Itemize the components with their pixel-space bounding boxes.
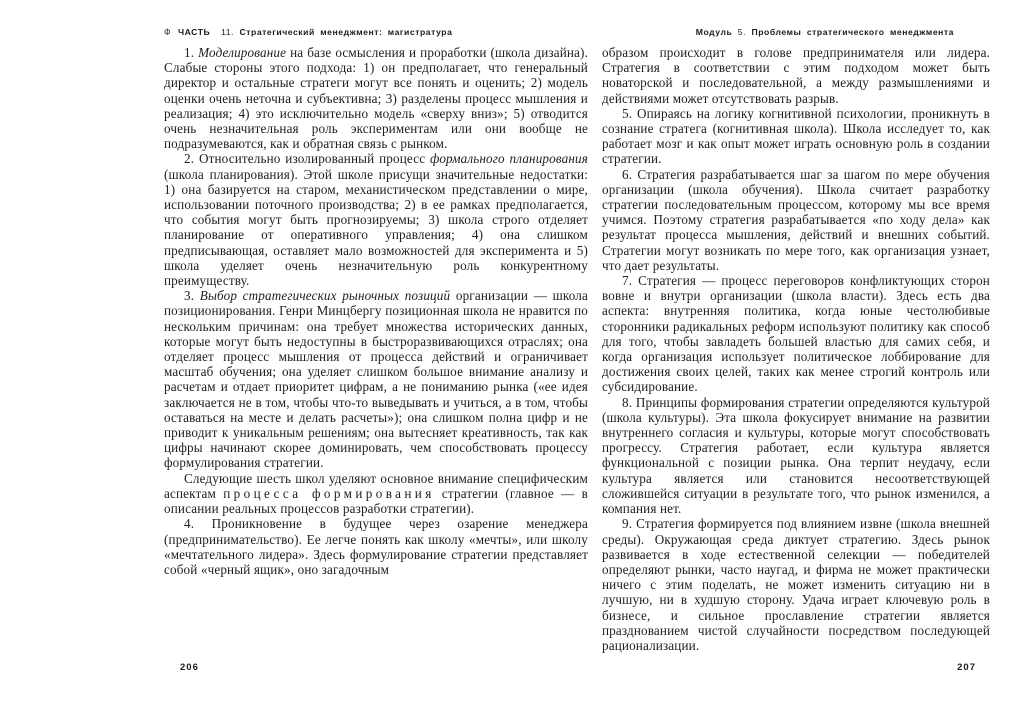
paragraph: 3. Выбор стратегических рыночных позиций… [164, 288, 588, 470]
paragraph: 5. Опираясь на логику когнитивной психол… [602, 106, 990, 167]
text-segment: 4. Проникновение в будущее через озарени… [164, 516, 588, 577]
text-segment: Моделирование [198, 45, 286, 60]
text-segment: формального планирования [430, 151, 588, 166]
page-right: Модуль 5. Проблемы стратегического менед… [602, 0, 990, 725]
page-body-right: образом происходит в голове предпринимат… [602, 45, 990, 653]
paragraph: образом происходит в голове предпринимат… [602, 45, 990, 106]
paragraph: 2. Относительно изолированный процесс фо… [164, 151, 588, 288]
paragraph: 4. Проникновение в будущее через озарени… [164, 516, 588, 577]
text-segment: 2. Относительно изолированный процесс [184, 151, 430, 166]
text-segment: 7. Стратегия — процесс переговоров конфл… [602, 273, 990, 394]
text-segment: процесса формирования [223, 486, 434, 501]
section-ornament-icon: Ф [164, 27, 171, 38]
book-spread: ФЧАСТЬ 11. Стратегический менеджмент: ма… [0, 0, 1024, 725]
running-header-label: ЧАСТЬ [178, 27, 210, 37]
text-segment: 9. Стратегия формируется под влиянием из… [602, 516, 990, 653]
text-segment: Выбор стратегических рыночных позиций [200, 288, 450, 303]
text-segment: (школа планирования). Этой школе присущи… [164, 167, 588, 288]
text-segment: 8. Принципы формирования стратегии опред… [602, 395, 990, 516]
paragraph: 7. Стратегия — процесс переговоров конфл… [602, 273, 990, 395]
text-segment: 6. Стратегия разрабатывается шаг за шаго… [602, 167, 990, 273]
page-number-left: 206 [180, 662, 199, 673]
text-segment: организации — школа позиционирования. Ге… [164, 288, 588, 470]
paragraph: 9. Стратегия формируется под влиянием из… [602, 516, 990, 653]
running-header-label: Модуль [696, 27, 733, 37]
text-segment: 1. [184, 45, 198, 60]
running-header-left: ФЧАСТЬ 11. Стратегический менеджмент: ма… [164, 27, 588, 37]
running-header-title: Проблемы стратегического менеджмента [752, 27, 954, 37]
running-header-number: 11. [221, 27, 234, 37]
page-left: ФЧАСТЬ 11. Стратегический менеджмент: ма… [164, 0, 588, 725]
text-segment: на базе осмысления и проработки (школа д… [164, 45, 588, 151]
running-header-number: 5. [738, 27, 746, 37]
text-segment: 3. [184, 288, 200, 303]
page-number-right: 207 [957, 662, 976, 673]
paragraph: 6. Стратегия разрабатывается шаг за шаго… [602, 167, 990, 273]
paragraph: 1. Моделирование на базе осмысления и пр… [164, 45, 588, 151]
paragraph: 8. Принципы формирования стратегии опред… [602, 395, 990, 517]
paragraph: Следующие шесть школ уделяют основное вн… [164, 471, 588, 517]
text-segment: образом происходит в голове предпринимат… [602, 45, 990, 106]
running-header-right: Модуль 5. Проблемы стратегического менед… [602, 27, 990, 37]
page-body-left: 1. Моделирование на базе осмысления и пр… [164, 45, 588, 577]
running-header-title: Стратегический менеджмент: магистратура [240, 27, 453, 37]
text-segment: 5. Опираясь на логику когнитивной психол… [602, 106, 990, 167]
